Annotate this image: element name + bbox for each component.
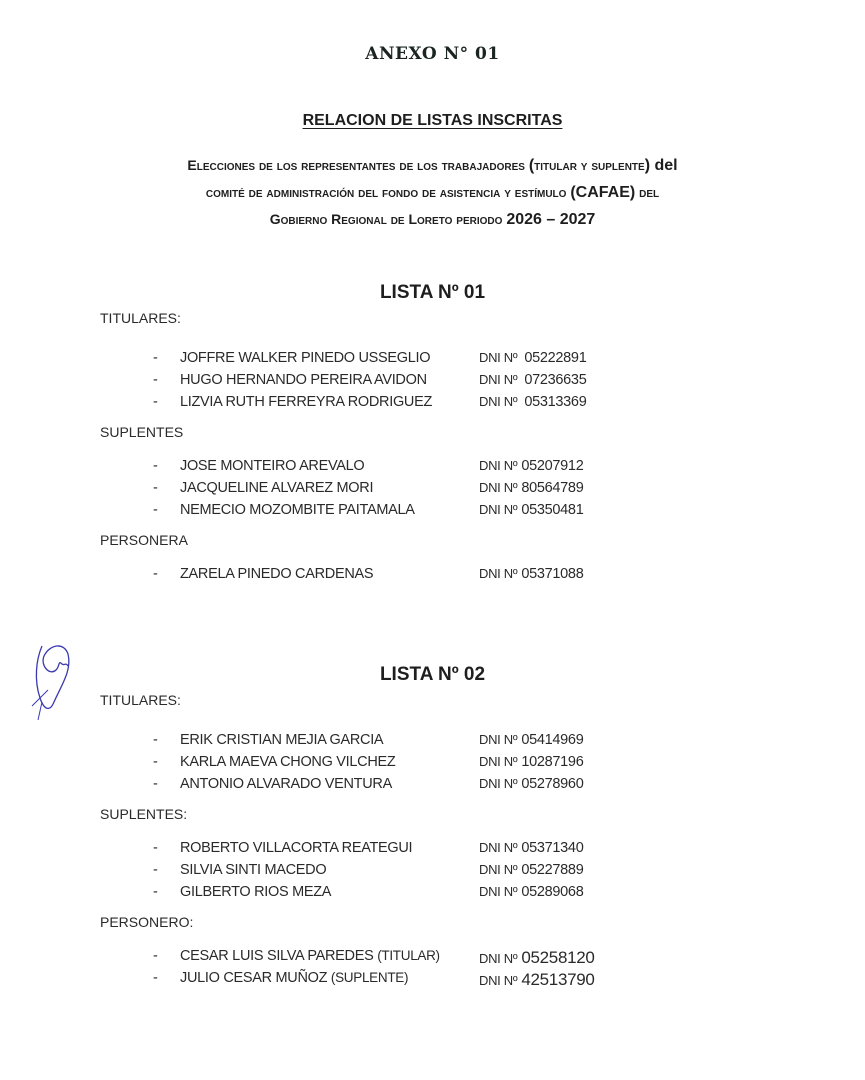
member-dni: DNI Nº05371340: [479, 840, 583, 856]
bullet-dash: -: [153, 480, 158, 496]
member-dni: DNI Nº05289068: [479, 884, 583, 900]
dni-number: 05258120: [521, 948, 594, 967]
list-item: -ZARELA PINEDO CARDENASDNI Nº05371088: [0, 566, 865, 588]
group-label-personera: PERSONERA: [100, 532, 865, 552]
member-name-text: CESAR LUIS SILVA PAREDES: [180, 948, 373, 964]
member-name: ANTONIO ALVARADO VENTURA: [180, 776, 392, 792]
member-role: (SUPLENTE): [331, 970, 408, 985]
dni-label: DNI Nº: [479, 776, 517, 791]
dni-label: DNI Nº: [479, 458, 517, 473]
member-dni: DNI Nº05227889: [479, 862, 583, 878]
bullet-dash: -: [153, 372, 158, 388]
bullet-dash: -: [153, 948, 158, 964]
member-dni: DNI Nº10287196: [479, 754, 583, 770]
desc-cafae: (CAFAE): [570, 184, 635, 201]
dni-number: 05289068: [521, 884, 583, 900]
member-dni: DNI Nº80564789: [479, 480, 583, 496]
bullet-dash: -: [153, 884, 158, 900]
dni-number: 80564789: [521, 480, 583, 496]
dni-number: 05414969: [521, 732, 583, 748]
member-dni: DNI Nº05278960: [479, 776, 583, 792]
member-dni: DNI Nº05313369: [479, 394, 586, 410]
list-item: -JOFFRE WALKER PINEDO USSEGLIODNI Nº0522…: [0, 350, 865, 372]
member-dni: DNI Nº05371088: [479, 566, 583, 582]
member-dni: DNI Nº05350481: [479, 502, 583, 518]
bullet-dash: -: [153, 394, 158, 410]
group-label-suplentes: SUPLENTES:: [100, 806, 865, 826]
list-item: -JOSE MONTEIRO AREVALODNI Nº05207912: [0, 458, 865, 480]
bullet-dash: -: [153, 732, 158, 748]
dni-number: 05222891: [524, 350, 586, 366]
dni-number: 05227889: [521, 862, 583, 878]
bullet-dash: -: [153, 776, 158, 792]
list-item: -GILBERTO RIOS MEZADNI Nº05289068: [0, 884, 865, 906]
list-item: -JULIO CESAR MUÑOZ (SUPLENTE)DNI Nº42513…: [0, 970, 865, 992]
member-name: SILVIA SINTI MACEDO: [180, 862, 326, 878]
group-label-titulares: TITULARES:: [100, 692, 865, 712]
member-dni: DNI Nº05258120: [479, 948, 595, 968]
dni-number: 10287196: [521, 754, 583, 770]
dni-label: DNI Nº: [479, 502, 517, 517]
list-item: -HUGO HERNANDO PEREIRA AVIDONDNI Nº07236…: [0, 372, 865, 394]
bullet-dash: -: [153, 566, 158, 582]
member-name: ERIK CRISTIAN MEJIA GARCIA: [180, 732, 383, 748]
member-name: GILBERTO RIOS MEZA: [180, 884, 331, 900]
bullet-dash: -: [153, 502, 158, 518]
desc-text: comité de administración del fondo de as…: [206, 184, 570, 200]
member-name: ZARELA PINEDO CARDENAS: [180, 566, 373, 582]
list-title: LISTA Nº 01: [0, 282, 865, 312]
dni-number: 05371340: [521, 840, 583, 856]
member-role: (TITULAR): [377, 948, 440, 963]
dni-label: DNI Nº: [479, 566, 517, 581]
dni-number: 05207912: [521, 458, 583, 474]
annex-title: ANEXO N° 01: [0, 44, 865, 64]
list-section-1: LISTA Nº 01 TITULARES: -JOFFRE WALKER PI…: [0, 282, 865, 588]
dni-number: 05350481: [521, 502, 583, 518]
bullet-dash: -: [153, 862, 158, 878]
list-item: -NEMECIO MOZOMBITE PAITAMALADNI Nº053504…: [0, 502, 865, 524]
member-dni: DNI Nº05414969: [479, 732, 583, 748]
list-item: -LIZVIA RUTH FERREYRA RODRIGUEZDNI Nº053…: [0, 394, 865, 416]
dni-label: DNI Nº: [479, 840, 517, 855]
member-name: JULIO CESAR MUÑOZ (SUPLENTE): [180, 970, 408, 986]
member-name: JACQUELINE ALVAREZ MORI: [180, 480, 373, 496]
desc-text: Gobierno Regional de Loreto periodo: [270, 211, 507, 227]
list-item: -ERIK CRISTIAN MEJIA GARCIADNI Nº0541496…: [0, 732, 865, 754]
dni-number: 05371088: [521, 566, 583, 582]
bullet-dash: -: [153, 754, 158, 770]
group-label-suplentes: SUPLENTES: [100, 424, 865, 444]
bullet-dash: -: [153, 350, 158, 366]
dni-label: DNI Nº: [479, 754, 517, 769]
list-item: -KARLA MAEVA CHONG VILCHEZDNI Nº10287196: [0, 754, 865, 776]
dni-label: DNI Nº: [479, 951, 517, 966]
member-dni: DNI Nº42513790: [479, 970, 595, 990]
list-title: LISTA Nº 02: [0, 664, 865, 694]
member-name: NEMECIO MOZOMBITE PAITAMALA: [180, 502, 415, 518]
member-name-text: JULIO CESAR MUÑOZ: [180, 970, 327, 986]
dni-number: 07236635: [524, 372, 586, 388]
dni-label: DNI Nº: [479, 973, 517, 988]
election-description-line-1: Elecciones de los representantes de los …: [90, 152, 775, 179]
dni-number: 05313369: [524, 394, 586, 410]
bullet-dash: -: [153, 458, 158, 474]
list-item: -ROBERTO VILLACORTA REATEGUIDNI Nº053713…: [0, 840, 865, 862]
desc-text: ) del: [645, 157, 678, 174]
election-description-line-3: Gobierno Regional de Loreto periodo 2026…: [90, 206, 775, 233]
dni-label: DNI Nº: [479, 732, 517, 747]
election-description-line-2: comité de administración del fondo de as…: [90, 179, 775, 206]
bullet-dash: -: [153, 840, 158, 856]
dni-label: DNI Nº: [479, 350, 517, 365]
member-dni: DNI Nº05222891: [479, 350, 586, 366]
member-name: JOSE MONTEIRO AREVALO: [180, 458, 364, 474]
member-dni: DNI Nº07236635: [479, 372, 586, 388]
desc-text: Elecciones de los representantes de los …: [187, 157, 528, 173]
list-item: -ANTONIO ALVARADO VENTURADNI Nº05278960: [0, 776, 865, 798]
bullet-dash: -: [153, 970, 158, 986]
member-dni: DNI Nº05207912: [479, 458, 583, 474]
group-label-personero: PERSONERO:: [100, 914, 865, 934]
desc-text: titular y suplente: [534, 157, 645, 173]
desc-period: 2026 – 2027: [506, 211, 595, 228]
desc-text: del: [635, 184, 659, 200]
member-name: HUGO HERNANDO PEREIRA AVIDON: [180, 372, 427, 388]
dni-number: 05278960: [521, 776, 583, 792]
dni-label: DNI Nº: [479, 480, 517, 495]
list-section-2: LISTA Nº 02 TITULARES: -ERIK CRISTIAN ME…: [0, 664, 865, 992]
dni-label: DNI Nº: [479, 394, 517, 409]
list-item: -CESAR LUIS SILVA PAREDES (TITULAR)DNI N…: [0, 948, 865, 970]
election-description: Elecciones de los representantes de los …: [90, 152, 775, 233]
member-name: KARLA MAEVA CHONG VILCHEZ: [180, 754, 395, 770]
member-name: LIZVIA RUTH FERREYRA RODRIGUEZ: [180, 394, 432, 410]
list-item: -JACQUELINE ALVAREZ MORIDNI Nº80564789: [0, 480, 865, 502]
relacion-title: RELACION DE LISTAS INSCRITAS: [0, 112, 865, 130]
member-name: ROBERTO VILLACORTA REATEGUI: [180, 840, 412, 856]
member-name: JOFFRE WALKER PINEDO USSEGLIO: [180, 350, 430, 366]
dni-label: DNI Nº: [479, 372, 517, 387]
list-item: -SILVIA SINTI MACEDODNI Nº05227889: [0, 862, 865, 884]
member-name: CESAR LUIS SILVA PAREDES (TITULAR): [180, 948, 440, 964]
dni-number: 42513790: [521, 970, 594, 989]
dni-label: DNI Nº: [479, 884, 517, 899]
group-label-titulares: TITULARES:: [100, 310, 865, 330]
dni-label: DNI Nº: [479, 862, 517, 877]
